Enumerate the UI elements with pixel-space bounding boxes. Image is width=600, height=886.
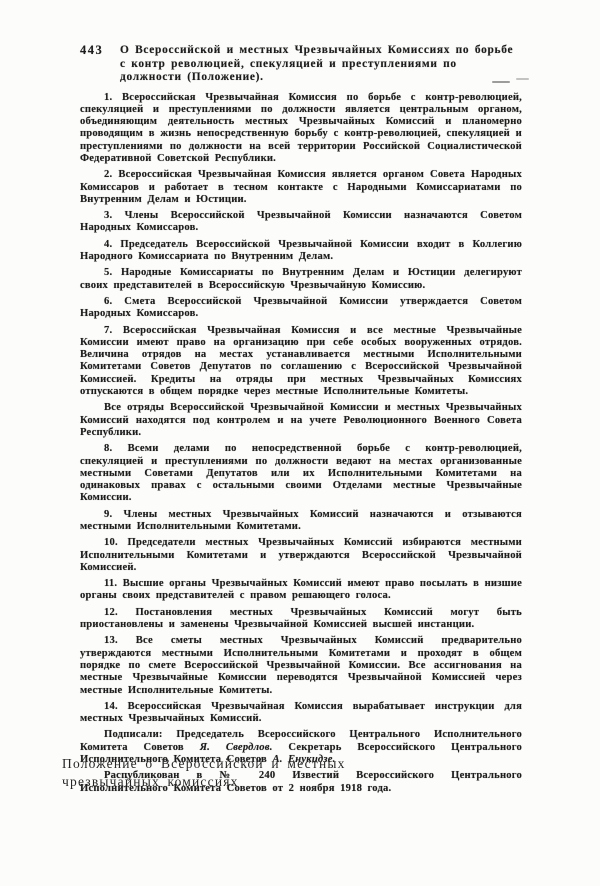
- paragraph-14: 14. Всероссийская Чрезвычайная Комиссия …: [80, 701, 522, 726]
- document-scan: 443 О Всероссийской и местных Чрезвычайн…: [80, 44, 522, 795]
- document-heading: 443 О Всероссийской и местных Чрезвычайн…: [80, 44, 522, 85]
- scanned-page: 443 О Всероссийской и местных Чрезвычайн…: [0, 0, 600, 886]
- paragraph-1: 1. Всероссийская Чрезвычайная Комиссия п…: [80, 92, 522, 166]
- paragraph-7: 7. Всероссийская Чрезвычайная Комиссия и…: [80, 325, 522, 399]
- figure-caption: Положение о Всероссийской и местных чрез…: [62, 755, 434, 791]
- signature-name-sverdlov: Я. Свердлов.: [200, 742, 273, 753]
- paragraph-3: 3. Члены Всероссийской Чрезвычайной Коми…: [80, 210, 522, 235]
- paragraph-7a: Все отряды Всероссийской Чрезвычайной Ко…: [80, 402, 522, 439]
- article-number: 443: [80, 44, 110, 85]
- paragraph-9: 9. Члены местных Чрезвычайных Комиссий н…: [80, 509, 522, 534]
- signature-label: Подписали:: [104, 729, 163, 740]
- scan-artifact-dash: [492, 81, 510, 83]
- paragraph-4: 4. Председатель Всероссийской Чрезвычайн…: [80, 239, 522, 264]
- paragraph-6: 6. Смета Всероссийской Чрезвычайной Коми…: [80, 296, 522, 321]
- paragraph-13: 13. Все сметы местных Чрезвычайных Комис…: [80, 635, 522, 696]
- paragraph-11: 11. Высшие органы Чрезвычайных Комиссий …: [80, 578, 522, 603]
- paragraph-8: 8. Всеми делами по непосредственной борь…: [80, 443, 522, 504]
- scan-artifact-dash: [516, 78, 529, 80]
- paragraph-2: 2. Всероссийская Чрезвычайная Комиссия я…: [80, 169, 522, 206]
- document-title: О Всероссийской и местных Чрезвычайных К…: [120, 44, 522, 85]
- paragraph-5: 5. Народные Комиссариаты по Внутренним Д…: [80, 267, 522, 292]
- paragraph-10: 10. Председатели местных Чрезвычайных Ко…: [80, 537, 522, 574]
- paragraph-12: 12. Постановления местных Чрезвычайных К…: [80, 607, 522, 632]
